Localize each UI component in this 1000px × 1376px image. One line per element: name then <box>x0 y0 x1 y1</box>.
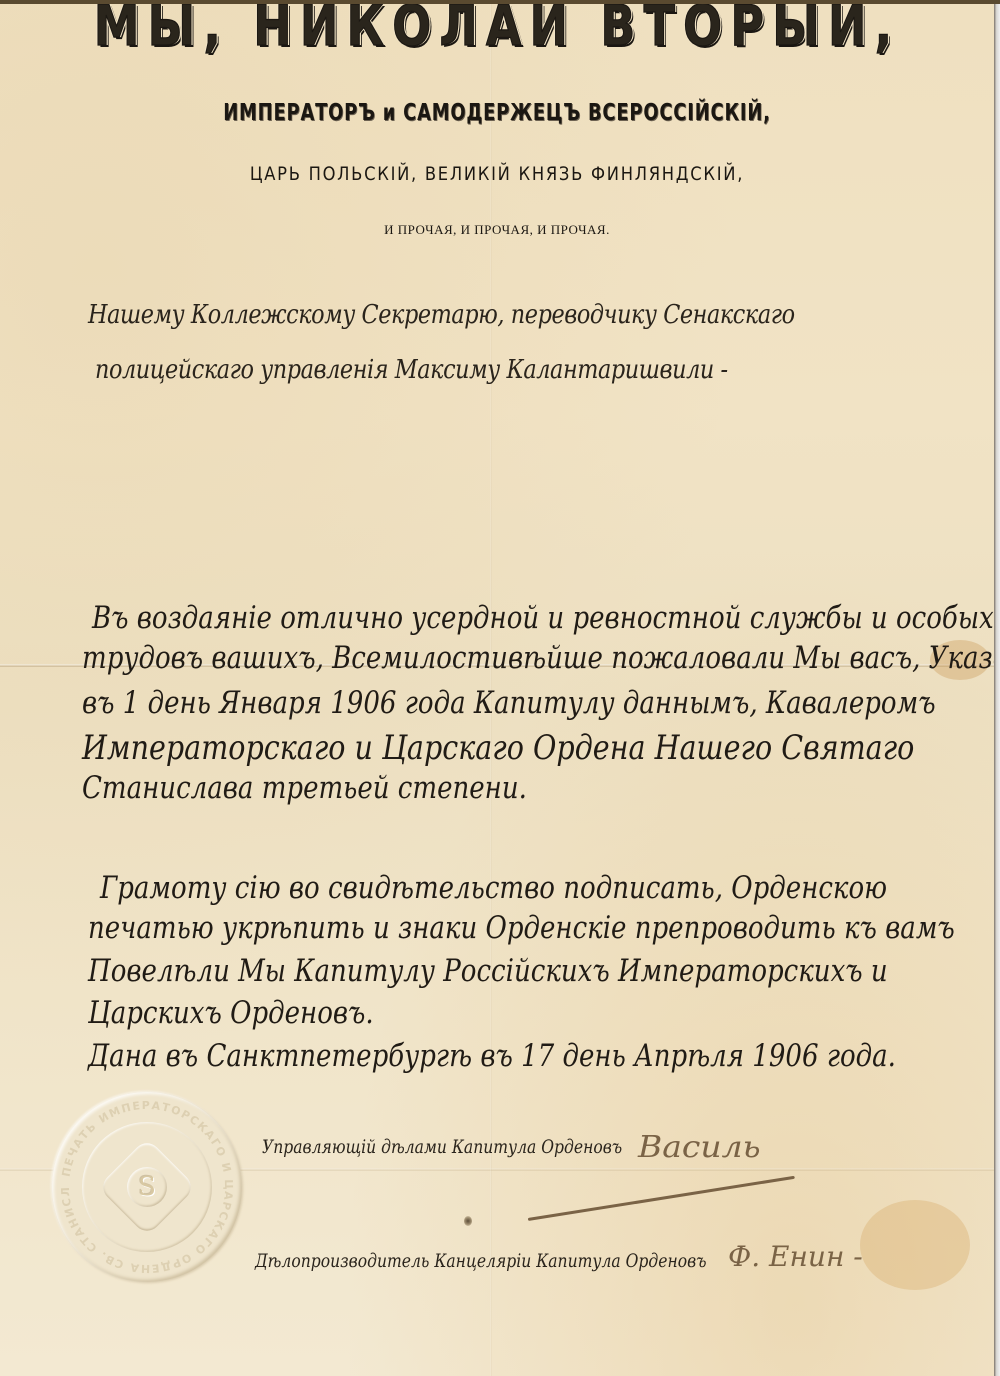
seal-monogram: S <box>127 1167 167 1207</box>
paper-right-edge <box>994 0 1000 1376</box>
paper-stain <box>860 1200 970 1290</box>
certificate-paper: МЫ, НИКОЛАЙ ВТОРЫЙ, ИМПЕРАТОРЪ и САМОДЕР… <box>0 0 994 1376</box>
closing-line-3: Повелѣли Мы Капитулу Россійскихъ Императ… <box>88 953 888 989</box>
address-line-2: полицейскаго управленія Максиму Калантар… <box>95 355 728 385</box>
signature-1-flourish <box>528 1176 795 1221</box>
closing-line-5: Дана въ Санктпетербургѣ въ 17 день Апрѣл… <box>88 1038 896 1074</box>
title-etcetera-line: И ПРОЧАЯ, И ПРОЧАЯ, И ПРОЧАЯ. <box>0 222 994 238</box>
seal-inner-ring: S <box>82 1122 212 1252</box>
award-line-1: Въ воздаяніе отлично усердной и ревностн… <box>92 600 994 636</box>
award-line-5: Станислава третьей степени. <box>82 770 527 806</box>
paper-top-edge <box>0 0 1000 4</box>
signature-2: Ф. Енин - <box>728 1240 863 1273</box>
closing-line-1: Грамоту сію во свидѣтельство подписать, … <box>100 870 887 906</box>
address-line-1: Нашему Коллежскому Секретарю, переводчик… <box>88 300 795 330</box>
award-line-3: въ 1 день Января 1906 года Капитулу данн… <box>82 685 936 721</box>
title-tsar-line: ЦАРЬ ПОЛЬСКІЙ, ВЕЛИКІЙ КНЯЗЬ ФИНЛЯНДСКІЙ… <box>70 163 925 185</box>
embossed-seal: ПЕЧАТЬ ИМПЕРАТОРСКАГО И ЦАРСКАГО ОРДЕНА … <box>52 1092 242 1282</box>
closing-line-2: печатью укрѣпить и знаки Орденскіе препр… <box>88 910 955 946</box>
award-line-4: Императорскаго и Царскаго Ордена Нашего … <box>82 728 914 768</box>
signatory-title-2: Дѣлопроизводитель Канцеляріи Капитула Ор… <box>255 1250 707 1272</box>
title-emperor-line: ИМПЕРАТОРЪ и САМОДЕРЖЕЦЪ ВСЕРОССІЙСКІЙ, <box>109 100 884 126</box>
pin-hole <box>464 1216 472 1226</box>
signature-1: Василь <box>638 1130 761 1165</box>
closing-line-4: Царскихъ Орденовъ. <box>88 995 374 1031</box>
document-title: МЫ, НИКОЛАЙ ВТОРЫЙ, <box>89 0 904 59</box>
award-line-2: трудовъ вашихъ, Всемилостивѣйше пожалова… <box>82 640 994 676</box>
signatory-title-1: Управляющій дѣлами Капитула Орденовъ <box>262 1136 622 1158</box>
